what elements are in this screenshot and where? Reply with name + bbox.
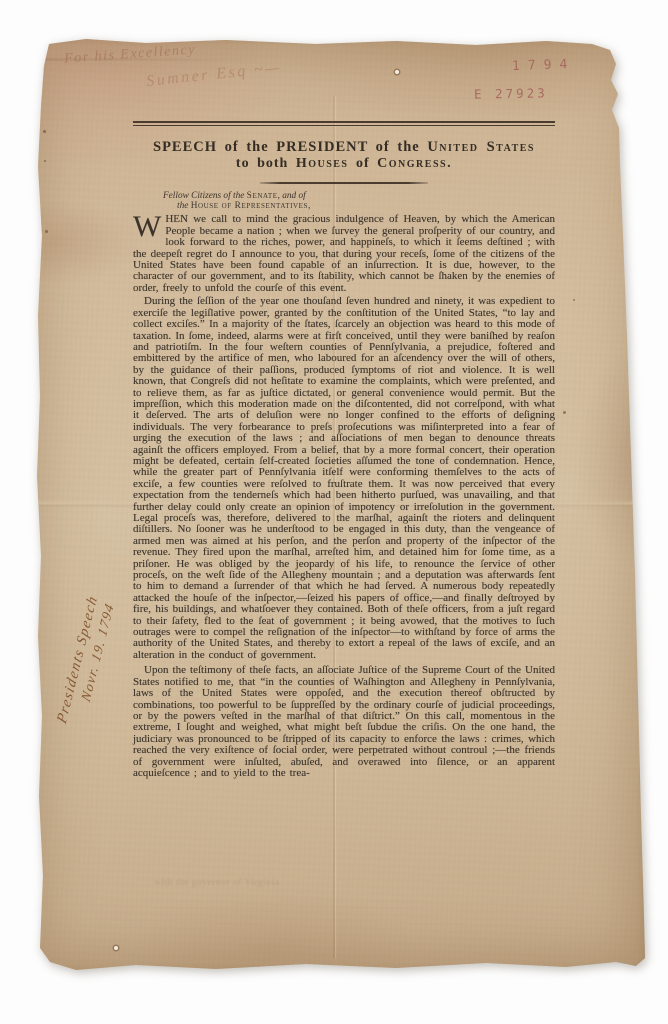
ink-speck (563, 411, 566, 414)
edge-speck (45, 230, 48, 233)
paragraph-2: During the ſeſſion of the year one thouſ… (133, 296, 555, 661)
title-smallcaps: United States (427, 139, 535, 155)
double-rule (133, 121, 555, 126)
ink-speck (573, 299, 575, 301)
edge-speck (43, 130, 46, 133)
printed-text-block: SPEECH of the PRESIDENT of the United St… (133, 121, 555, 779)
drop-cap: W (133, 214, 165, 238)
broadside-document: For his Excellency Sumner Esq ~— 1794 E … (26, 36, 646, 974)
title-text: of (349, 156, 378, 171)
ink-inscription-address: For his Excellency Sumner Esq ~— (64, 44, 282, 84)
paragraph-1: WHEN we call to mind the gracious indulg… (133, 214, 555, 294)
paragraph-text: HEN we call to mind the gracious indulge… (133, 213, 555, 293)
title-smallcaps: Congress. (377, 156, 452, 171)
document-title-line2: to both Houses of Congress. (133, 156, 555, 173)
edge-speck (44, 160, 46, 162)
salutation-text: Fellow Citizens of the (163, 191, 247, 201)
ink-inscription-spine: Presidents Speech Novr. 19. 1794 (41, 540, 131, 787)
salutation-line: the House of Representatives, (177, 201, 555, 211)
catalog-year-mark: 1794 (512, 57, 576, 74)
salutation-smallcaps: House of Representatives (191, 201, 308, 211)
paper-shadow: For his Excellency Sumner Esq ~— 1794 E … (0, 0, 668, 1024)
inscription-line: Sumner Esq ~— (145, 59, 282, 91)
salutation: Fellow Citizens of the Senate, and of th… (163, 191, 555, 212)
salutation-text: the (177, 201, 191, 211)
title-text: to both (236, 156, 296, 171)
salutation-smallcaps: Senate (247, 191, 278, 201)
pinhole-top (395, 70, 399, 74)
salutation-line: Fellow Citizens of the Senate, and of (163, 191, 555, 201)
salutation-text: , and of (278, 191, 306, 201)
separator-rule (260, 182, 428, 184)
title-smallcaps: Houses (296, 156, 349, 171)
title-text: SPEECH of the PRESIDENT of the (153, 139, 427, 155)
salutation-text: , (308, 201, 310, 211)
catalog-number-mark: E 27923 (474, 85, 548, 101)
pinhole-bottom (114, 946, 118, 950)
show-through-text: with the governor of Virginia (154, 878, 279, 888)
document-title-line1: SPEECH of the PRESIDENT of the United St… (133, 139, 555, 156)
paragraph-3: Upon the teſtimony of theſe facts, an aſ… (133, 665, 555, 779)
photo-background: For his Excellency Sumner Esq ~— 1794 E … (0, 0, 668, 1024)
